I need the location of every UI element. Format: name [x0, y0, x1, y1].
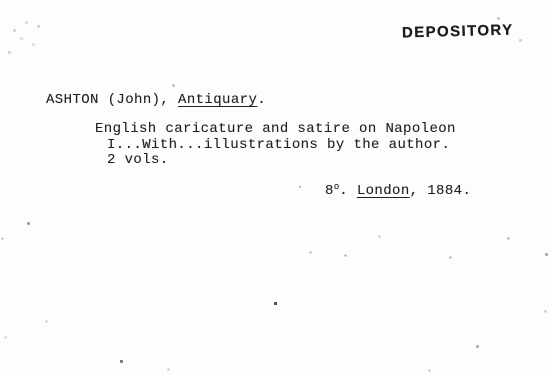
imprint-place: London: [357, 183, 410, 199]
author-epithet: Antiquary: [178, 92, 257, 108]
format-notation: 8o.: [325, 183, 357, 199]
heading-period: .: [257, 92, 266, 108]
title-line-2: I...With...illustrations by the author.: [107, 137, 450, 153]
catalog-card: DEPOSITORY ASHTON (John), Antiquary. Eng…: [0, 0, 550, 374]
stray-ink-mark: ´: [295, 186, 303, 199]
author-name: ASHTON (John),: [46, 92, 178, 108]
imprint-date: , 1884.: [410, 183, 472, 199]
imprint-line: 8o. London, 1884.: [325, 183, 471, 199]
title-line-1: English caricature and satire on Napoleo…: [95, 121, 456, 137]
depository-stamp: DEPOSITORY: [402, 22, 514, 42]
author-heading: ASHTON (John), Antiquary.: [46, 92, 266, 108]
scan-noise-specks: [0, 0, 1, 1]
volumes-line: 2 vols.: [107, 152, 169, 168]
